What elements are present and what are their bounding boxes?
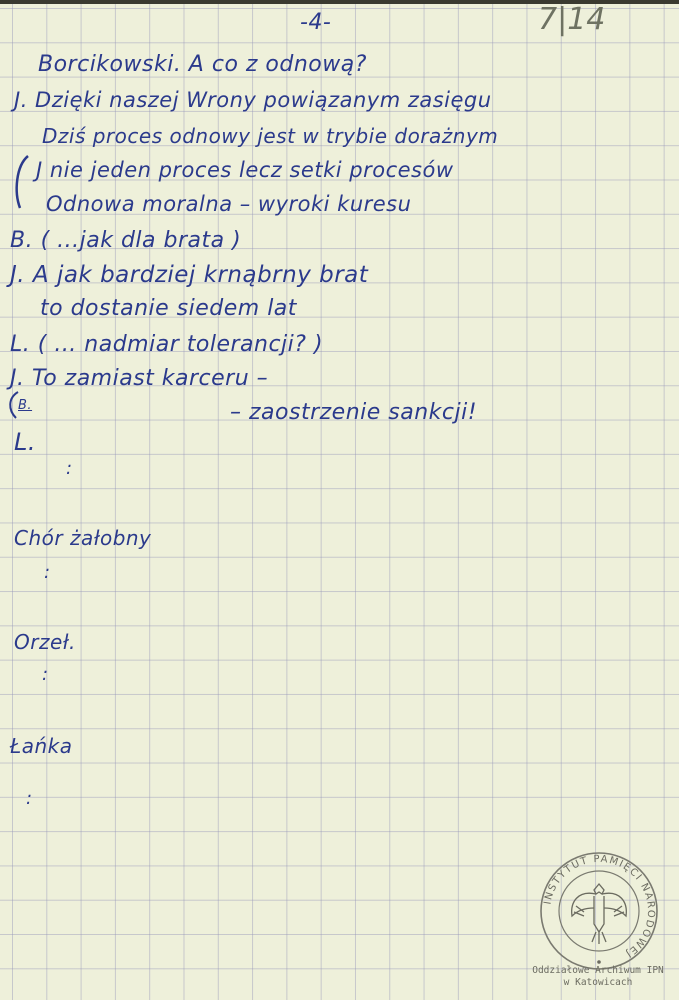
lower-item-choir: Chór żałobny (14, 526, 151, 550)
ellipsis-mark-2: : (44, 566, 51, 580)
eagle-emblem-icon (572, 884, 627, 944)
stamp-caption-line-2: w Katowicach (518, 977, 678, 989)
page-number: -4- (300, 10, 331, 35)
ellipsis-mark-4: : (26, 792, 33, 806)
handwritten-line-5: Odnowa moralna – wyroki kuresu (46, 192, 411, 216)
handwritten-line-4: J nie jeden proces lecz setki procesów (36, 158, 454, 182)
ellipsis-mark-3: : (42, 668, 49, 682)
handwritten-line-6: B. ( ...jak dla brata ) (10, 228, 241, 253)
handwritten-line-3: Dziś proces odnowy jest w trybie dorażny… (42, 124, 498, 148)
handwritten-line-2: J. Dzięki naszej Wrony powiązanym zasięg… (14, 88, 492, 112)
lower-item-eagle: Orzeł. (14, 630, 76, 654)
handwritten-line-9: L. ( ... nadmiar tolerancji? ) (10, 332, 323, 357)
ipn-archive-stamp: INSTYTUT PAMIĘCI NARODOWEJ (538, 850, 660, 972)
handwritten-line-7: J. A jak bardziej krnąbrny brat (10, 262, 368, 288)
speaker-bracket-icon (6, 152, 36, 212)
archive-number: 7|14 (538, 2, 605, 37)
ellipsis-mark-1: : (66, 462, 73, 476)
handwritten-line-12: L. (14, 428, 36, 456)
speaker-bracket-icon-2 (4, 390, 24, 420)
stamp-caption: Oddziałowe Archiwum IPN w Katowicach (518, 965, 678, 989)
handwritten-line-1: Borcikowski. A co z odnową? (38, 52, 367, 77)
lower-item-third: Łańka (10, 734, 73, 758)
handwritten-line-10: J. To zamiast karceru – (10, 366, 268, 391)
stamp-caption-line-1: Oddziałowe Archiwum IPN (518, 965, 678, 977)
handwritten-line-11: – zaostrzenie sankcji! (230, 400, 477, 425)
handwritten-line-8: to dostanie siedem lat (40, 296, 297, 321)
